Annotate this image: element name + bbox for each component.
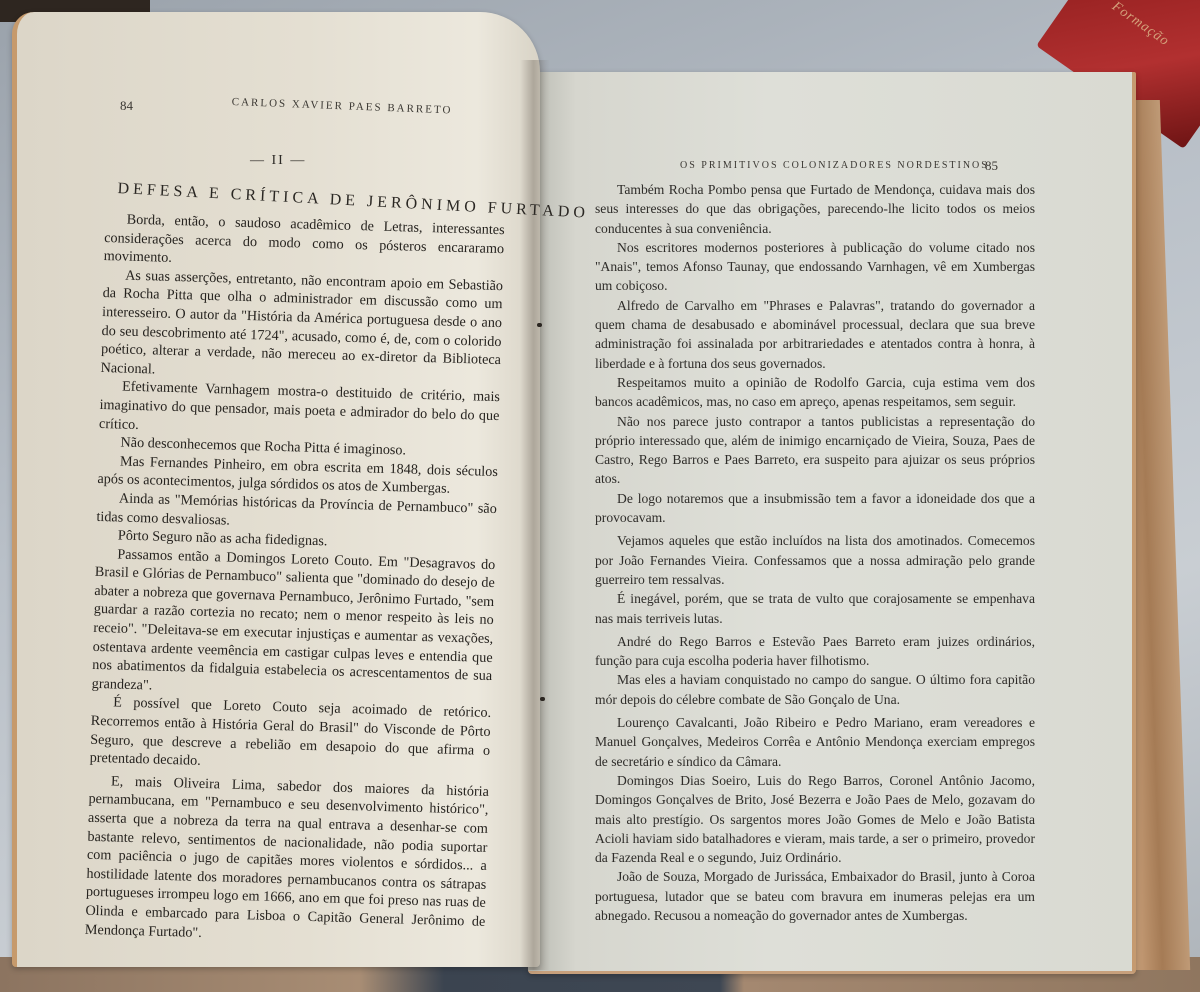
- right-running-head: Os primitivos colonizadores nordestinos: [680, 160, 989, 171]
- paragraph: Lourenço Cavalcanti, João Ribeiro e Pedr…: [595, 713, 1035, 771]
- paragraph: Não nos parece justo contrapor a tantos …: [595, 412, 1035, 489]
- paragraph: João de Souza, Morgado de Jurissáca, Emb…: [595, 867, 1035, 925]
- paragraph: Nos escritores modernos posteriores à pu…: [595, 238, 1035, 296]
- right-page-body: Também Rocha Pombo pensa que Furtado de …: [595, 180, 1035, 925]
- paragraph: Domingos Dias Soeiro, Luis do Rego Barro…: [595, 771, 1035, 867]
- paragraph: De logo notaremos que a insubmissão tem …: [595, 489, 1035, 528]
- red-book-label: Formação: [1108, 0, 1172, 50]
- left-page-number: 84: [120, 98, 133, 114]
- binding-hole: [540, 697, 545, 701]
- section-number: — II —: [250, 153, 306, 169]
- right-page-number: 85: [985, 158, 998, 174]
- paragraph: As suas asserções, entretanto, não encon…: [100, 266, 503, 389]
- paragraph: Respeitamos muito a opinião de Rodolfo G…: [595, 373, 1035, 412]
- left-page-body: Borda, então, o saudoso acadêmico de Let…: [85, 210, 505, 950]
- paragraph: É inegável, porém, que se trata de vulto…: [595, 589, 1035, 628]
- paragraph: Alfredo de Carvalho em "Phrases e Palavr…: [595, 296, 1035, 373]
- paragraph: Mas eles a haviam conquistado no campo d…: [595, 670, 1035, 709]
- book-spine: [520, 60, 550, 970]
- binding-hole: [537, 323, 542, 327]
- paragraph: E, mais Oliveira Lima, sabedor dos maior…: [85, 772, 490, 950]
- paragraph: Vejamos aqueles que estão incluídos na l…: [595, 531, 1035, 589]
- paragraph: André do Rego Barros e Estevão Paes Barr…: [595, 632, 1035, 671]
- paragraph: Passamos então a Domingos Loreto Couto. …: [92, 545, 496, 705]
- paragraph: Também Rocha Pombo pensa que Furtado de …: [595, 180, 1035, 238]
- paragraph: É possível que Loreto Couto seja acoimad…: [89, 693, 491, 779]
